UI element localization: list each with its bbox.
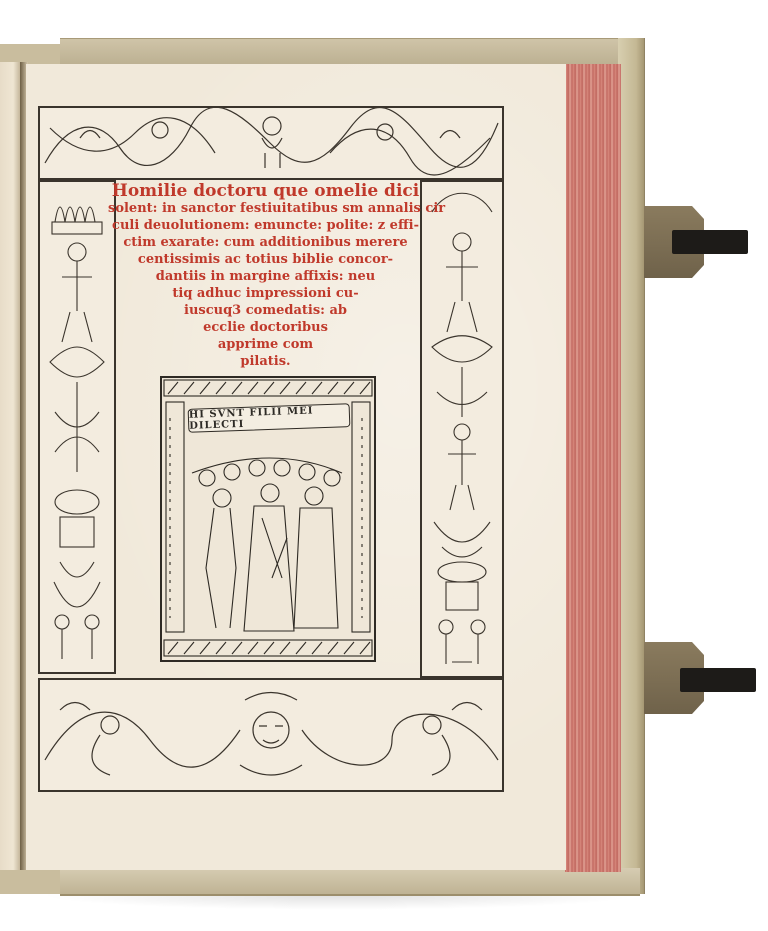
title-line: culi deuolutionem: emuncte: polite: z ef… bbox=[108, 217, 423, 234]
title-line: apprime com bbox=[108, 336, 423, 353]
title-line: tiq adhuc impressioni cu- bbox=[108, 285, 423, 302]
foliage-cherub-ornament-icon bbox=[40, 108, 502, 178]
title-line: pilatis. bbox=[108, 353, 423, 370]
red-sprinkled-page-edges bbox=[565, 64, 621, 872]
title-line: Homilie doctoru que omelie dici bbox=[108, 183, 423, 200]
lower-clasp-catch-icon bbox=[680, 668, 756, 692]
binding-fore-edge bbox=[618, 38, 645, 894]
left-ornamental-border bbox=[38, 180, 116, 674]
top-ornamental-border bbox=[38, 106, 504, 180]
binding-bottom-edge bbox=[60, 868, 640, 896]
upper-clasp-catch-icon bbox=[672, 230, 748, 254]
candelabra-ornament-icon bbox=[40, 182, 114, 672]
title-line: iuscuq3 comedatis: ab bbox=[108, 302, 423, 319]
book-title: Homilie doctoru que omelie dici solent: … bbox=[108, 183, 423, 370]
right-ornamental-border bbox=[420, 180, 504, 678]
woodcut-illustration: HI SVNT FILII MEI DILECTI bbox=[160, 376, 376, 662]
title-line: ecclie doctoribus bbox=[108, 319, 423, 336]
bottom-ornamental-border bbox=[38, 678, 504, 792]
title-line: centissimis ac totius biblie concor- bbox=[108, 251, 423, 268]
candelabra-figures-ornament-icon bbox=[422, 182, 502, 676]
title-line: solent: in sanctor festiuitatibus sm ann… bbox=[108, 200, 423, 217]
title-line: dantiis in margine affixis: neu bbox=[108, 268, 423, 285]
left-page-edge bbox=[0, 62, 22, 870]
title-line: ctim exarate: cum additionibus merere bbox=[108, 234, 423, 251]
grotesque-foliage-ornament-icon bbox=[40, 680, 502, 790]
